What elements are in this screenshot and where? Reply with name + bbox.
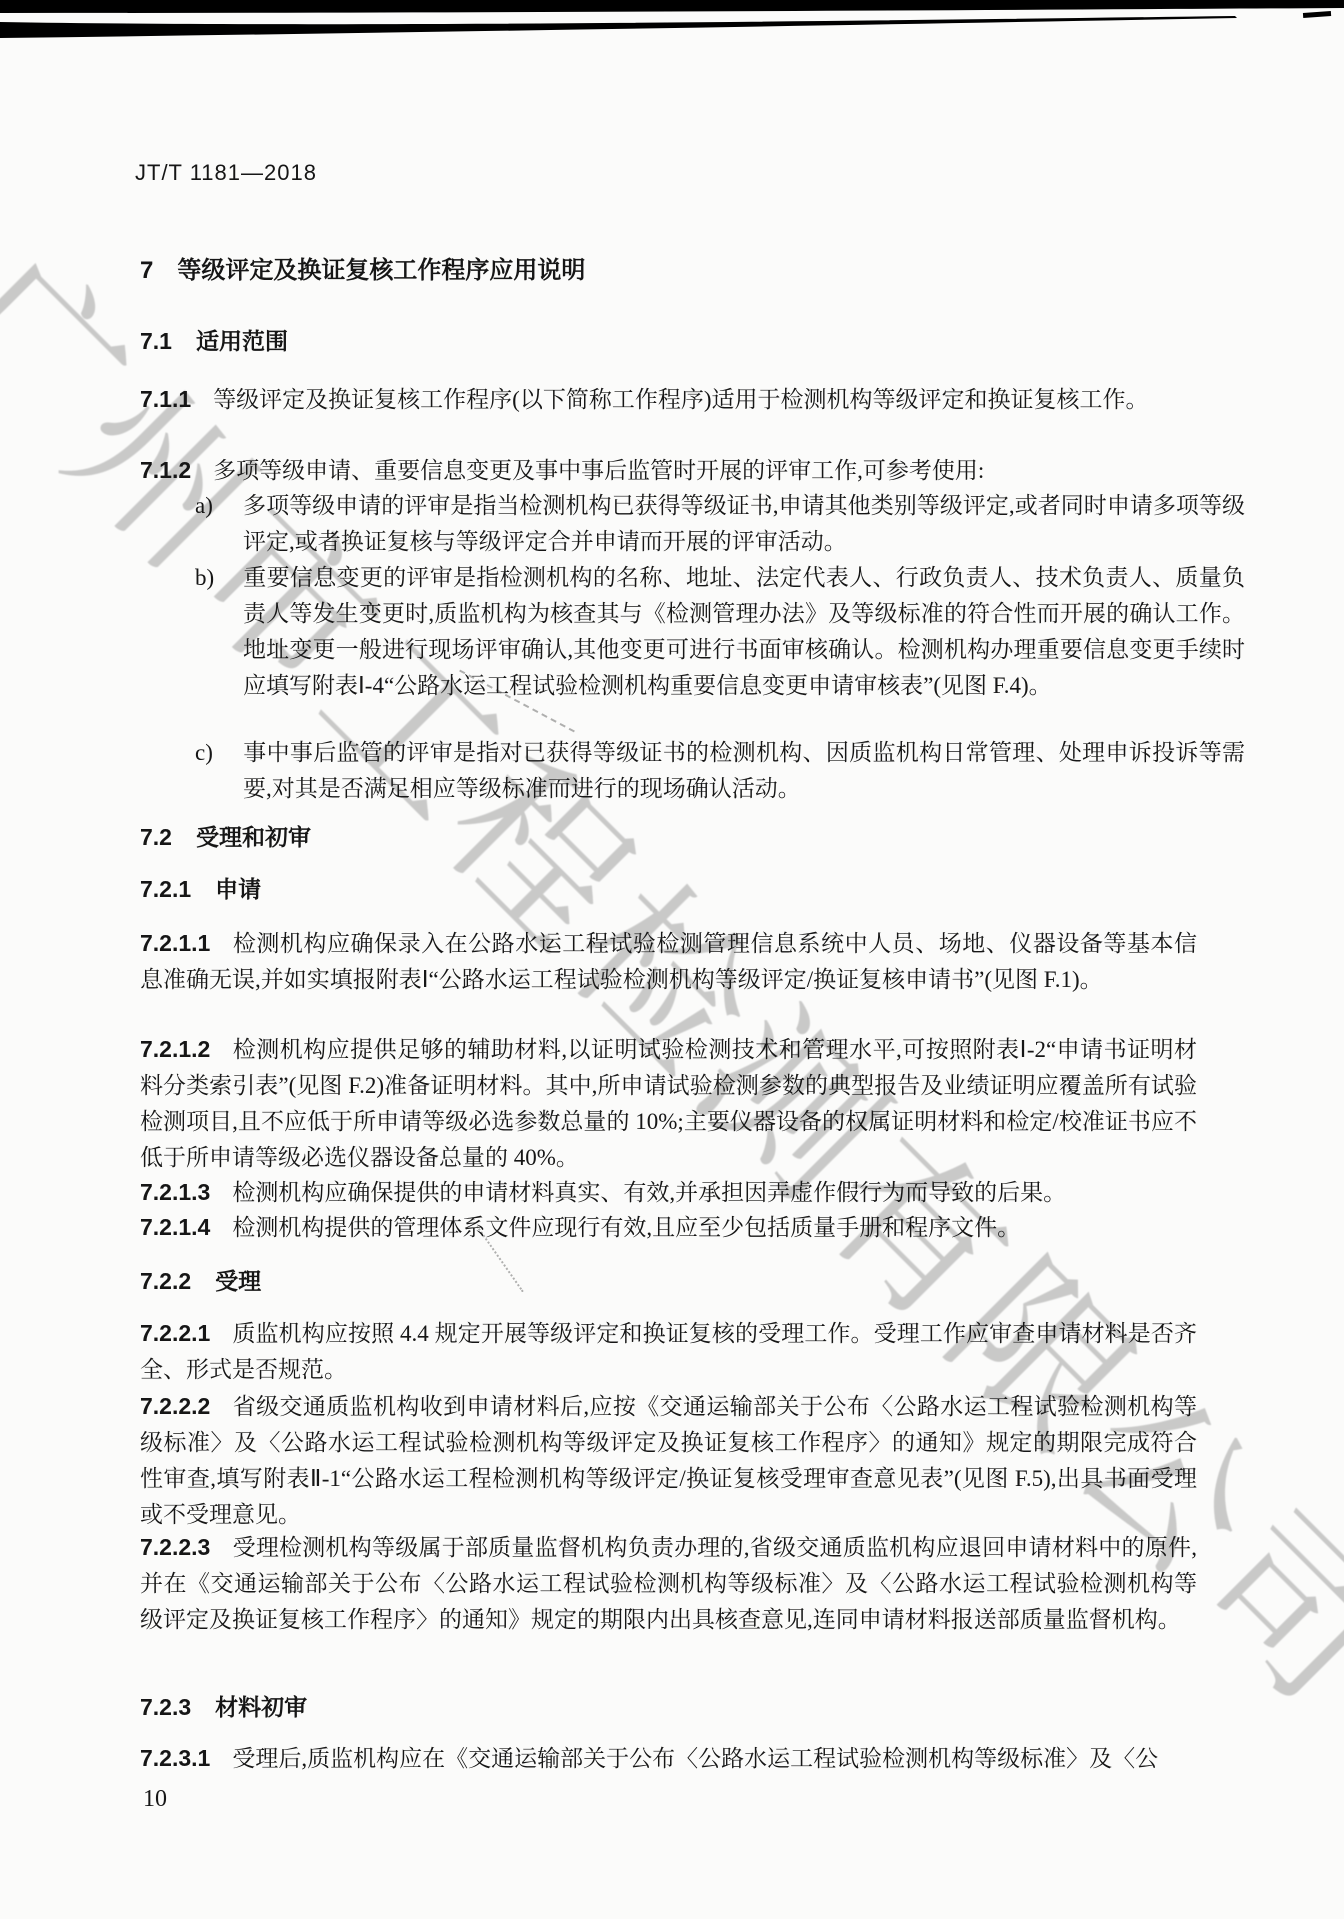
- clause-text: 检测机构应确保提供的申请材料真实、有效,并承担因弄虚作假行为而导致的后果。: [232, 1180, 1066, 1205]
- section-7-title: 等级评定及换证复核工作程序应用说明: [177, 257, 585, 284]
- clause-number: 7.2.3.1: [140, 1745, 210, 1771]
- clause-number: 7.2.1.4: [140, 1214, 210, 1240]
- clause-7-1-1: 7.1.1等级评定及换证复核工作程序(以下简称工作程序)适用于检测机构等级评定和…: [140, 381, 1197, 418]
- list-item-b: b)重要信息变更的评审是指检测机构的名称、地址、法定代表人、行政负责人、技术负责…: [195, 560, 1245, 704]
- clause-7-2-2-1: 7.2.2.1质监机构应按照 4.4 规定开展等级评定和换证复核的受理工作。受理…: [140, 1315, 1197, 1388]
- section-7-2-2-heading: 7.2.2受理: [140, 1266, 1200, 1296]
- list-item-text: 多项等级申请的评审是指当检测机构已获得等级证书,申请其他类别等级评定,或者同时申…: [243, 493, 1245, 554]
- list-item-text: 事中事后监管的评审是指对已获得等级证书的检测机构、因质监机构日常管理、处理申诉投…: [243, 740, 1245, 801]
- list-item-c: c)事中事后监管的评审是指对已获得等级证书的检测机构、因质监机构日常管理、处理申…: [195, 735, 1245, 807]
- section-7-2-1-number: 7.2.1: [140, 876, 191, 902]
- clause-number: 7.2.2.2: [140, 1393, 210, 1419]
- section-7-2-number: 7.2: [140, 824, 172, 850]
- clause-text: 等级评定及换证复核工作程序(以下简称工作程序)适用于检测机构等级评定和换证复核工…: [213, 387, 1148, 412]
- clause-text: 受理检测机构等级属于部质量监督机构负责办理的,省级交通质监机构应退回申请材料中的…: [140, 1535, 1197, 1632]
- page-number: 10: [143, 1786, 167, 1813]
- section-7-2-title: 受理和初审: [196, 824, 311, 850]
- section-7-2-2-number: 7.2.2: [140, 1268, 191, 1294]
- clause-text: 受理后,质监机构应在《交通运输部关于公布〈公路水运工程试验检测机构等级标准〉及〈…: [232, 1746, 1158, 1771]
- section-7-number: 7: [140, 257, 153, 284]
- clause-number: 7.2.1.1: [140, 930, 210, 956]
- section-7-1-title: 适用范围: [196, 328, 288, 354]
- clause-7-2-2-3: 7.2.2.3受理检测机构等级属于部质量监督机构负责办理的,省级交通质监机构应退…: [140, 1529, 1197, 1638]
- clause-7-1-2: 7.1.2多项等级申请、重要信息变更及事中事后监管时开展的评审工作,可参考使用:: [140, 452, 1197, 489]
- list-marker: a): [195, 488, 243, 524]
- section-7-heading: 7等级评定及换证复核工作程序应用说明: [140, 256, 1200, 286]
- clause-7-2-2-2: 7.2.2.2省级交通质监机构收到申请材料后,应按《交通运输部关于公布〈公路水运…: [140, 1388, 1197, 1533]
- list-marker: c): [195, 735, 243, 771]
- scan-artifact-top-band: [0, 0, 1344, 60]
- standard-code: JT/T 1181—2018: [135, 160, 317, 186]
- list-marker: b): [195, 560, 243, 596]
- section-7-2-3-heading: 7.2.3材料初审: [140, 1692, 1200, 1722]
- clause-number: 7.1.1: [140, 386, 191, 412]
- section-7-2-3-number: 7.2.3: [140, 1694, 191, 1720]
- clause-text: 质监机构应按照 4.4 规定开展等级评定和换证复核的受理工作。受理工作应审查申请…: [140, 1321, 1197, 1382]
- clause-text: 多项等级申请、重要信息变更及事中事后监管时开展的评审工作,可参考使用:: [213, 458, 984, 483]
- section-7-2-3-title: 材料初审: [215, 1694, 307, 1720]
- section-7-2-2-title: 受理: [215, 1268, 261, 1294]
- clause-7-2-1-2: 7.2.1.2检测机构应提供足够的辅助材料,以证明试验检测技术和管理水平,可按照…: [140, 1031, 1197, 1176]
- list-item-a: a)多项等级申请的评审是指当检测机构已获得等级证书,申请其他类别等级评定,或者同…: [195, 488, 1245, 560]
- clause-text: 省级交通质监机构收到申请材料后,应按《交通运输部关于公布〈公路水运工程试验检测机…: [140, 1394, 1197, 1527]
- section-7-1-heading: 7.1适用范围: [140, 326, 1200, 356]
- clause-7-2-1-3: 7.2.1.3检测机构应确保提供的申请材料真实、有效,并承担因弄虚作假行为而导致…: [140, 1174, 1197, 1211]
- section-7-1-number: 7.1: [140, 328, 172, 354]
- list-item-text: 重要信息变更的评审是指检测机构的名称、地址、法定代表人、行政负责人、技术负责人、…: [243, 565, 1245, 698]
- clause-number: 7.2.1.2: [140, 1036, 210, 1062]
- clause-number: 7.1.2: [140, 457, 191, 483]
- section-7-2-1-title: 申请: [215, 876, 261, 902]
- clause-text: 检测机构应提供足够的辅助材料,以证明试验检测技术和管理水平,可按照附表Ⅰ-2“申…: [140, 1037, 1197, 1170]
- clause-7-2-1-4: 7.2.1.4检测机构提供的管理体系文件应现行有效,且应至少包括质量手册和程序文…: [140, 1209, 1197, 1246]
- section-7-2-1-heading: 7.2.1申请: [140, 874, 1200, 904]
- clause-7-2-3-1: 7.2.3.1受理后,质监机构应在《交通运输部关于公布〈公路水运工程试验检测机构…: [140, 1740, 1197, 1777]
- clause-text: 检测机构应确保录入在公路水运工程试验检测管理信息系统中人员、场地、仪器设备等基本…: [140, 931, 1197, 992]
- clause-number: 7.2.2.1: [140, 1320, 210, 1346]
- document-page: 广州市工程检测有限公司 JT/T 1181—2018 7等级评定及换证复核工作程…: [0, 0, 1344, 1919]
- clause-7-2-1-1: 7.2.1.1检测机构应确保录入在公路水运工程试验检测管理信息系统中人员、场地、…: [140, 925, 1197, 998]
- clause-number: 7.2.2.3: [140, 1534, 210, 1560]
- clause-text: 检测机构提供的管理体系文件应现行有效,且应至少包括质量手册和程序文件。: [232, 1215, 1020, 1240]
- section-7-2-heading: 7.2受理和初审: [140, 822, 1200, 852]
- clause-number: 7.2.1.3: [140, 1179, 210, 1205]
